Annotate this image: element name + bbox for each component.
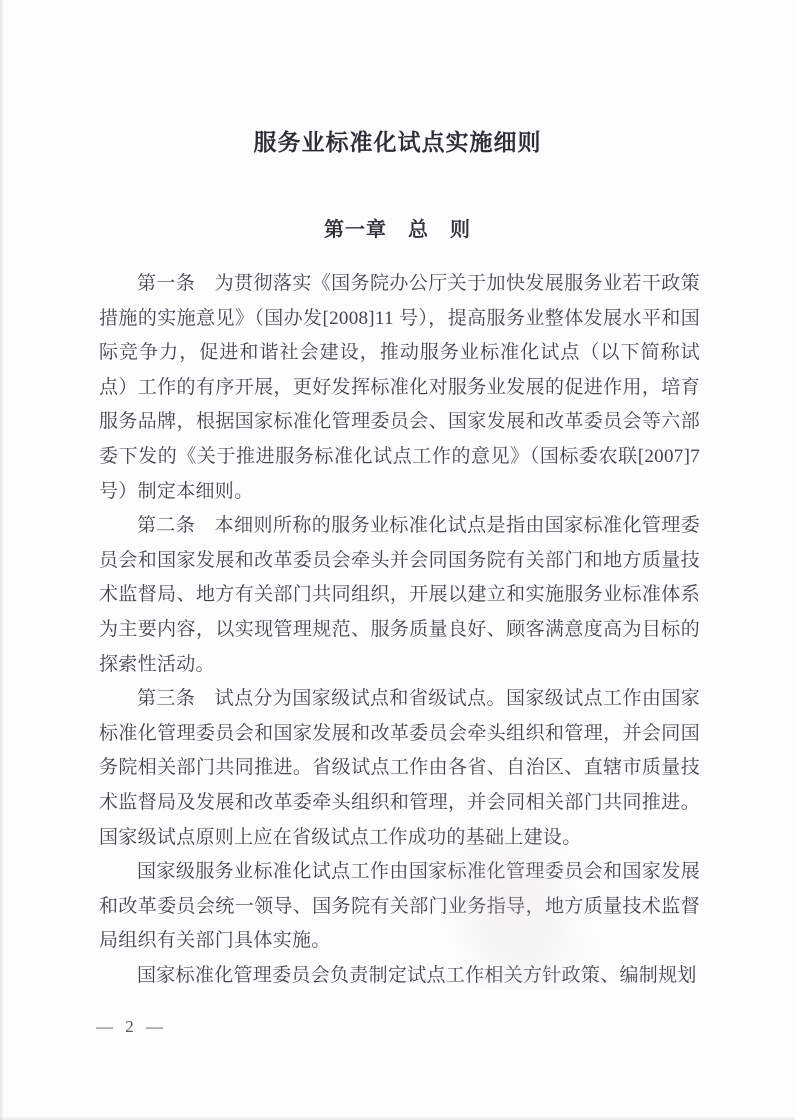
paragraph-article-3-continued-2: 国家标准化管理委员会负责制定试点工作相关方针政策、编制规划 — [99, 959, 700, 994]
page-number: — 2 — — [96, 1017, 167, 1037]
document-body: 第一条 为贯彻落实《国务院办公厅关于加快发展服务业若干政策措施的实施意见》（国办… — [99, 267, 700, 993]
paragraph-article-1: 第一条 为贯彻落实《国务院办公厅关于加快发展服务业若干政策措施的实施意见》（国办… — [99, 267, 700, 509]
paragraph-article-3: 第三条 试点分为国家级试点和省级试点。国家级试点工作由国家标准化管理委员会和国家… — [99, 682, 700, 855]
chapter-heading: 第一章 总 则 — [0, 213, 795, 242]
paragraph-article-2: 第二条 本细则所称的服务业标准化试点是指由国家标准化管理委员会和国家发展和改革委… — [99, 509, 700, 682]
document-page: 服务业标准化试点实施细则 第一章 总 则 第一条 为贯彻落实《国务院办公厅关于加… — [0, 0, 795, 1120]
paragraph-article-3-continued: 国家级服务业标准化试点工作由国家标准化管理委员会和国家发展和改革委员会统一领导、… — [99, 855, 700, 959]
document-title: 服务业标准化试点实施细则 — [0, 124, 795, 157]
